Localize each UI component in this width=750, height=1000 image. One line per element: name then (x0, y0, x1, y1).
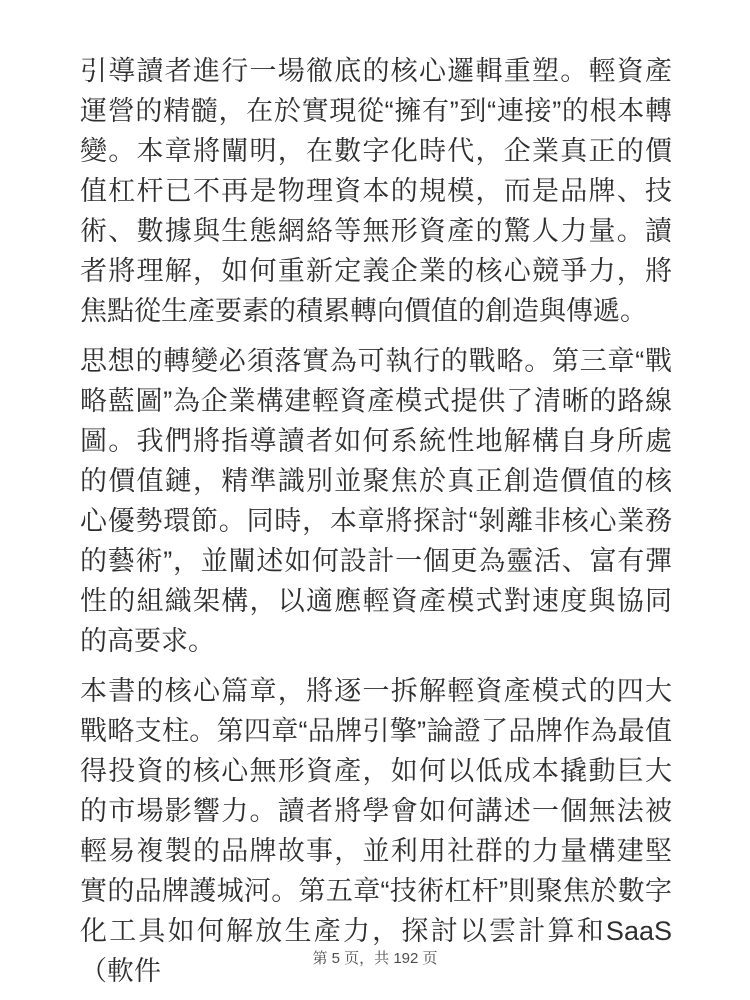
body-paragraph-3: 本書的核心篇章，將逐一拆解輕資產模式的四大戰略支柱。第四章“品牌引擎”論證了品牌… (80, 671, 672, 991)
page-number-footer: 第 5 页，共 192 页 (0, 948, 750, 970)
body-paragraph-1: 引導讀者進行一場徹底的核心邏輯重塑。輕資產運營的精髓，在於實現從“擁有”到“連接… (80, 51, 672, 331)
document-page: 引導讀者進行一場徹底的核心邏輯重塑。輕資產運營的精髓，在於實現從“擁有”到“連接… (0, 0, 750, 1000)
body-paragraph-2: 思想的轉變必須落實為可執行的戰略。第三章“戰略藍圖”為企業構建輕資產模式提供了清… (80, 341, 672, 661)
